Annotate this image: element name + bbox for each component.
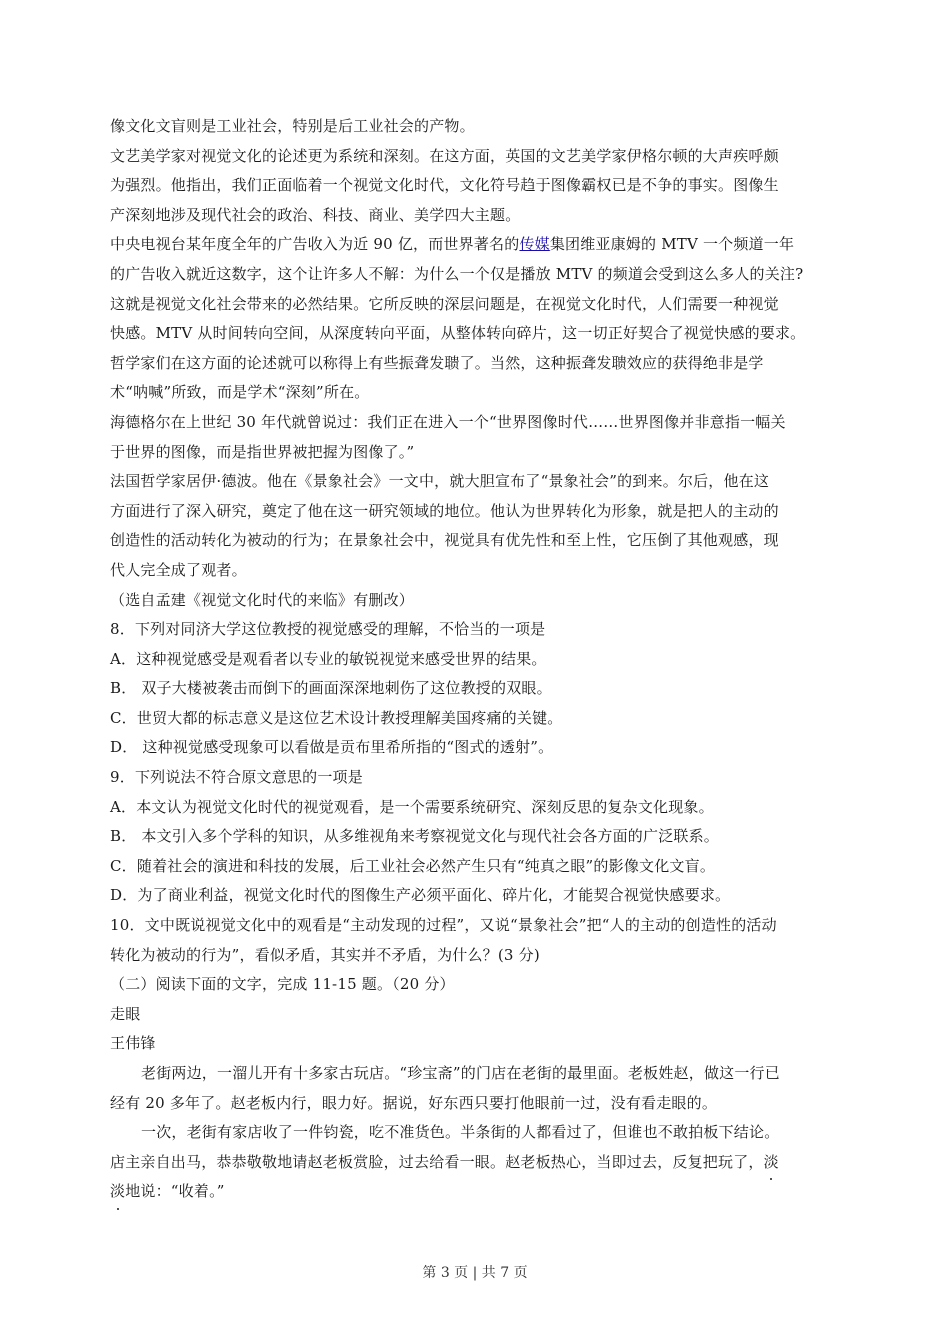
- section-heading: （二）阅读下面的文字，完成 11-15 题。（20 分）: [110, 970, 855, 1000]
- text-line: 为强烈。他指出，我们正面临着一个视觉文化时代，文化符号趋于图像霸权已是不争的事实…: [110, 171, 855, 201]
- question-10: 10．文中既说视觉文化中的观看是“主动发现的过程”，又说“景象社会”把“人的主动…: [110, 911, 855, 970]
- emphasized-char: 淡: [764, 1148, 779, 1178]
- story-text-line: 一次，老街有家店收了一件钧瓷，吃不准货色。半条街的人都看过了，但谁也不敢拍板下结…: [110, 1118, 855, 1148]
- text-line: 文艺美学家对视觉文化的论述更为系统和深刻。在这方面，英国的文艺美学家伊格尔顿的大…: [110, 142, 855, 172]
- text-line: 海德格尔在上世纪 30 年代就曾说过：我们正在进入一个“世界图像时代……世界图像…: [110, 408, 855, 438]
- text-segment: 地说：“收着。”: [125, 1182, 224, 1200]
- story-author: 王伟锋: [110, 1029, 855, 1059]
- text-line: 创造性的活动转化为被动的行为；在景象社会中，视觉具有优先性和至上性，它压倒了其他…: [110, 526, 855, 556]
- text-line: 术“呐喊”所致，而是学术“深刻”所在。: [110, 378, 855, 408]
- text-line: 快感。MTV 从时间转向空间，从深度转向平面，从整体转向碎片，这一切正好契合了视…: [110, 319, 855, 349]
- question-stem: 转化为被动的行为”，看似矛盾，其实并不矛盾，为什么？(3 分): [110, 941, 855, 971]
- question-option-c: C．随着社会的演进和科技的发展，后工业社会必然产生只有“纯真之眼”的影像文化文盲…: [110, 852, 855, 882]
- text-line: 代人完全成了观者。: [110, 556, 855, 586]
- story-text-line: 经有 20 多年了。赵老板内行，眼力好。据说，好东西只要打他眼前一过，没有看走眼…: [110, 1089, 855, 1119]
- page-footer: 第 3 页 | 共 7 页: [0, 1262, 950, 1282]
- text-line: 方面进行了深入研究，奠定了他在这一研究领域的地位。他认为世界转化为形象，就是把人…: [110, 497, 855, 527]
- story-title: 走眼: [110, 1000, 855, 1030]
- question-stem: 9．下列说法不符合原文意思的一项是: [110, 763, 855, 793]
- text-segment: 集团维亚康姆的 MTV 一个频道一年: [550, 235, 794, 253]
- question-option-b: B． 双子大楼被袭击而倒下的画面深深地刺伤了这位教授的双眼。: [110, 674, 855, 704]
- text-line: 像文化文盲则是工业社会，特别是后工业社会的产物。: [110, 112, 855, 142]
- question-stem: 8．下列对同济大学这位教授的视觉感受的理解，不恰当的一项是: [110, 615, 855, 645]
- question-option-d: D．为了商业利益，视觉文化时代的图像生产必须平面化、碎片化，才能契合视觉快感要求…: [110, 881, 855, 911]
- media-link[interactable]: 传媒: [519, 235, 549, 253]
- story-text-line: 店主亲自出马，恭恭敬敬地请赵老板赏脸，过去给看一眼。赵老板热心，当即过去，反复把…: [110, 1148, 855, 1178]
- text-segment: 店主亲自出马，恭恭敬敬地请赵老板赏脸，过去给看一眼。赵老板热心，当即过去，反复把…: [110, 1153, 764, 1171]
- story-text-line: 老街两边，一溜儿开有十多家古玩店。“珍宝斋”的门店在老街的最里面。老板姓赵，做这…: [110, 1059, 855, 1089]
- document-page: 像文化文盲则是工业社会，特别是后工业社会的产物。 文艺美学家对视觉文化的论述更为…: [110, 112, 855, 1207]
- question-option-a: A．这种视觉感受是观看者以专业的敏锐视觉来感受世界的结果。: [110, 645, 855, 675]
- question-stem: 10．文中既说视觉文化中的观看是“主动发现的过程”，又说“景象社会”把“人的主动…: [110, 911, 855, 941]
- question-option-a: A．本文认为视觉文化时代的视觉观看，是一个需要系统研究、深刻反思的复杂文化现象。: [110, 793, 855, 823]
- page-indicator: 第 3 页 | 共 7 页: [422, 1265, 527, 1281]
- question-option-b: B． 本文引入多个学科的知识，从多维视角来考察视觉文化与现代社会各方面的广泛联系…: [110, 822, 855, 852]
- question-9: 9．下列说法不符合原文意思的一项是 A．本文认为视觉文化时代的视觉观看，是一个需…: [110, 763, 855, 911]
- text-line: 的广告收入就近这数字，这个让许多人不解：为什么一个仅是播放 MTV 的频道会受到…: [110, 260, 855, 290]
- question-option-c: C．世贸大都的标志意义是这位艺术设计教授理解美国疼痛的关键。: [110, 704, 855, 734]
- text-line: 法国哲学家居伊·德波。他在《景象社会》一文中，就大胆宣布了“景象社会”的到来。尔…: [110, 467, 855, 497]
- question-8: 8．下列对同济大学这位教授的视觉感受的理解，不恰当的一项是 A．这种视觉感受是观…: [110, 615, 855, 763]
- story-text-line: 淡地说：“收着。”: [110, 1177, 855, 1207]
- text-line-with-link: 中央电视台某年度全年的广告收入为近 90 亿，而世界著名的传媒集团维亚康姆的 M…: [110, 230, 855, 260]
- source-note: （选自孟建《视觉文化时代的来临》有删改）: [110, 586, 855, 616]
- text-line: 这就是视觉文化社会带来的必然结果。它所反映的深层问题是，在视觉文化时代，人们需要…: [110, 290, 855, 320]
- text-line: 于世界的图像，而是指世界被把握为图像了。”: [110, 438, 855, 468]
- question-option-d: D． 这种视觉感受现象可以看做是贡布里希所指的“图式的透射”。: [110, 733, 855, 763]
- text-line: 哲学家们在这方面的论述就可以称得上有些振聋发聩了。当然，这种振聋发聩效应的获得绝…: [110, 349, 855, 379]
- text-segment: 中央电视台某年度全年的广告收入为近 90 亿，而世界著名的: [110, 235, 519, 253]
- text-line: 产深刻地涉及现代社会的政治、科技、商业、美学四大主题。: [110, 201, 855, 231]
- emphasized-char: 淡: [110, 1177, 125, 1207]
